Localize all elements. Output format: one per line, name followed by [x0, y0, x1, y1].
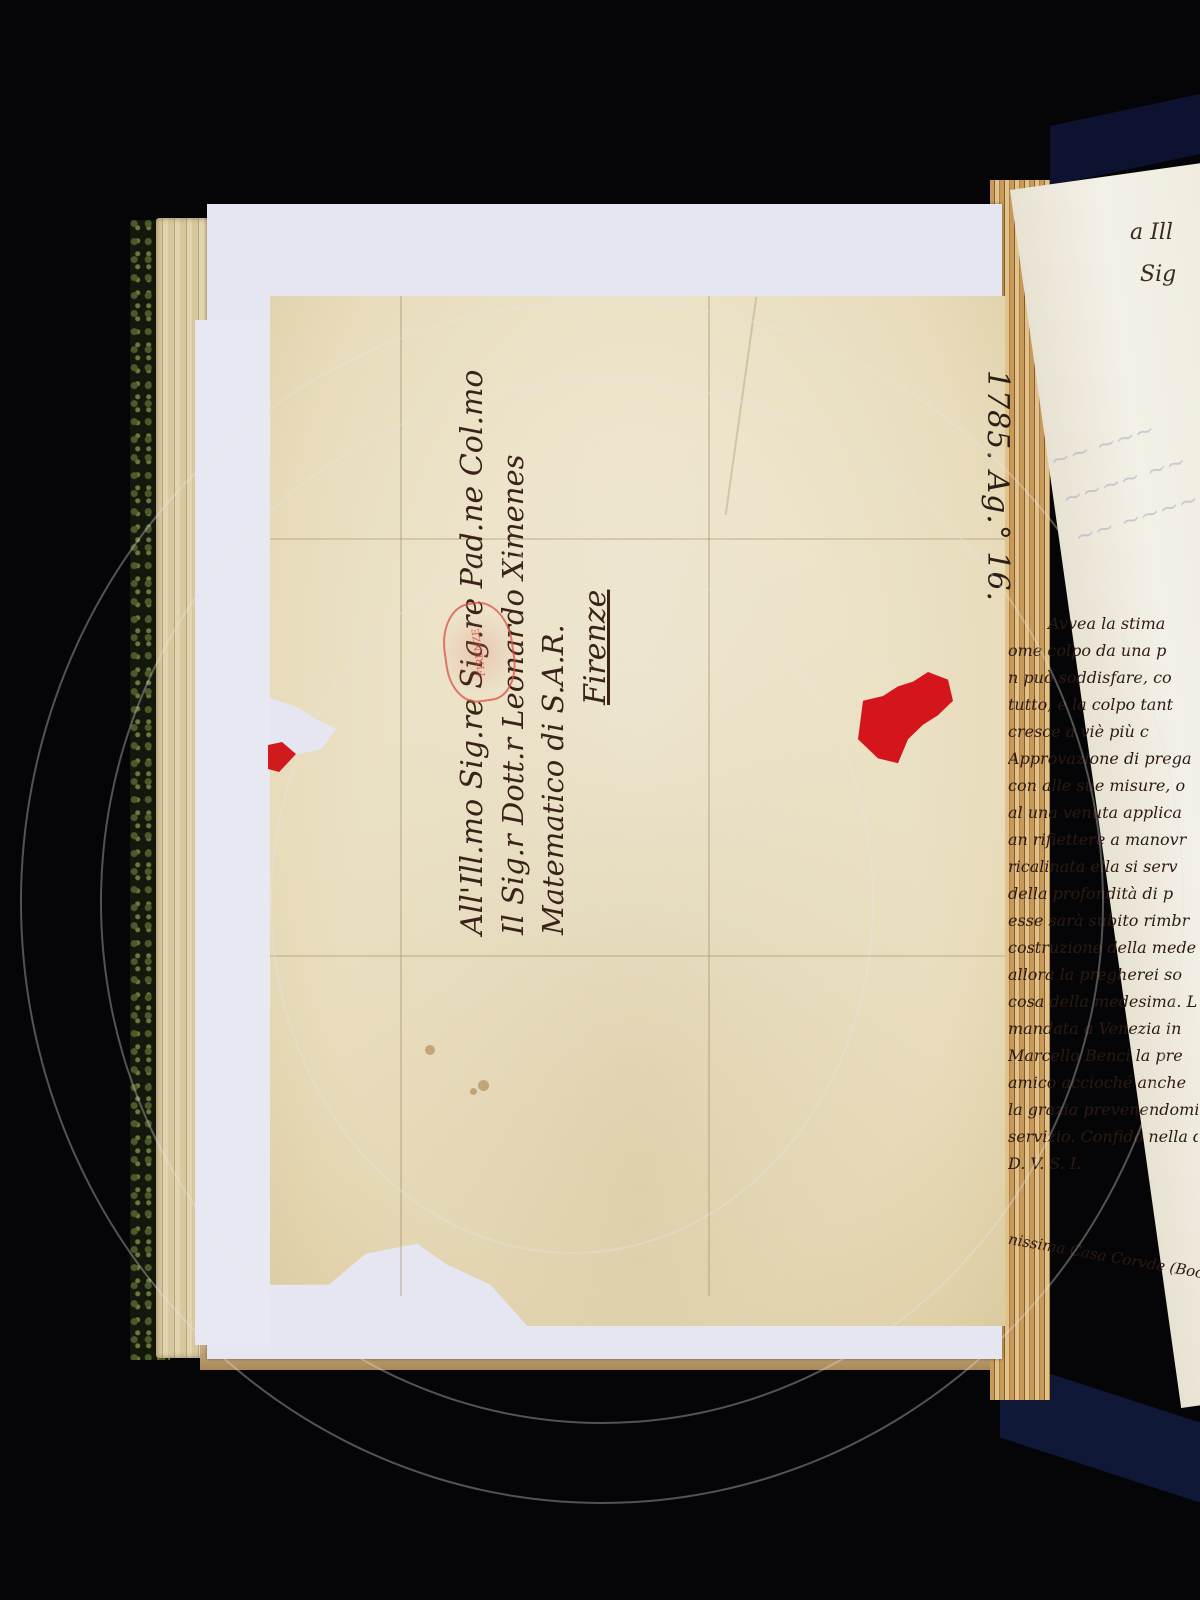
right-page-heading-2: Sig — [1140, 262, 1176, 287]
right-page-heading-1: a Ill — [1130, 220, 1173, 245]
watermark-ring — [270, 550, 874, 1254]
